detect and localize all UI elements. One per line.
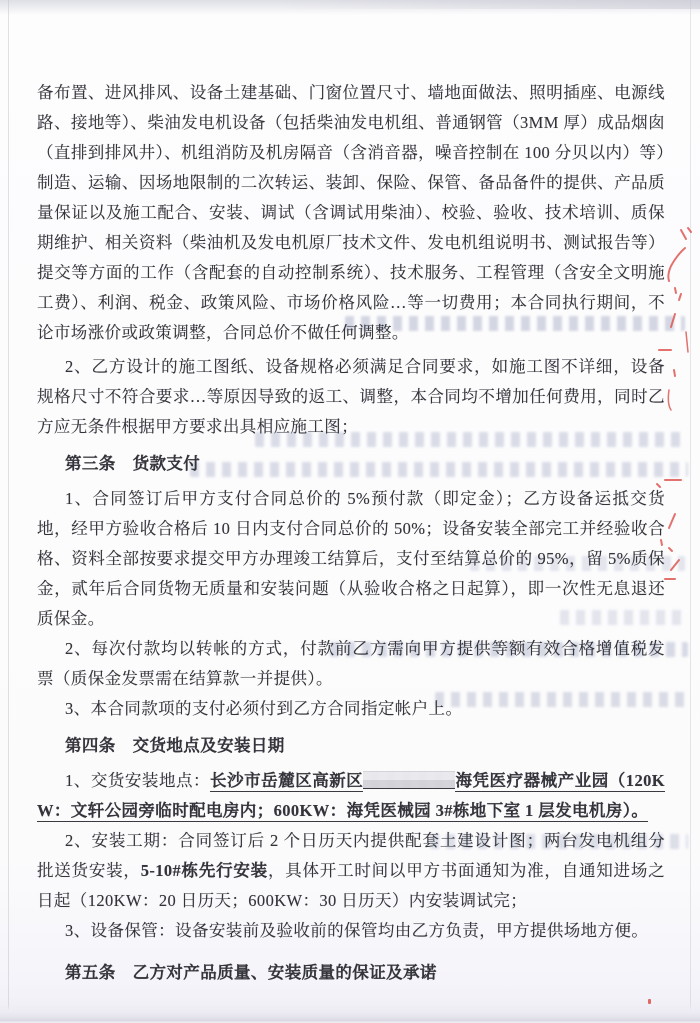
- installation-priority-buildings: 5-10#栋先行安装: [141, 861, 268, 880]
- heading-article-3-payment: 第三条 货款支付: [37, 449, 665, 479]
- contract-body: 备布置、进风排风、设备土建基础、门窗位置尺寸、墙地面做法、照明插座、电源线路、接…: [37, 78, 665, 988]
- scan-top-shadow-right: [0, 0, 700, 9]
- red-annotation-marks: [645, 222, 695, 602]
- paragraph-installation-schedule: 2、安装工期：合同签订后 2 个日历天内提供配套土建设计图；两台发电机组分批送货…: [37, 826, 665, 916]
- heading-article-4-delivery: 第四条 交货地点及安装日期: [37, 731, 665, 761]
- paragraph-payment-terms-2: 2、每次付款均以转帐的方式，付款前乙方需向甲方提供等额有效合格增值税发票（质保金…: [37, 634, 665, 694]
- scan-bottom-edge: [0, 1004, 700, 1023]
- scanned-contract-page: 备布置、进风排风、设备土建基础、门窗位置尺寸、墙地面做法、照明插座、电源线路、接…: [0, 0, 700, 1023]
- paragraph-equipment-storage: 3、设备保管：设备安装前及验收前的保管均由乙方负责，甲方提供场地方便。: [37, 916, 665, 946]
- delivery-location-address-part1: 长沙市岳麓区高新区: [210, 771, 363, 792]
- heading-article-5-quality-guarantee: 第五条 乙方对产品质量、安装质量的保证及承诺: [37, 958, 665, 988]
- paragraph-delivery-location: 1、交货安装地点：长沙市岳麓区高新区海凭医疗器械产业园（120KW：文轩公园旁临…: [37, 766, 665, 826]
- redacted-text-block: [363, 771, 455, 789]
- paragraph-continuation-scope-of-supply: 备布置、进风排风、设备土建基础、门窗位置尺寸、墙地面做法、照明插座、电源线路、接…: [37, 78, 665, 348]
- paragraph-payment-terms-3: 3、本合同款项的支付必须付到乙方合同指定帐户上。: [37, 694, 665, 724]
- paragraph-payment-terms-1: 1、合同签订后甲方支付合同总价的 5%预付款（即定金）；乙方设备运抵交货地，经甲…: [37, 484, 665, 634]
- page-edge-left: [8, 0, 9, 1009]
- paragraph-design-drawings-clause: 2、乙方设计的施工图纸、设备规格必须满足合同要求，如施工图不详细，设备规格尺寸不…: [37, 352, 665, 442]
- delivery-location-label: 1、交货安装地点：: [65, 771, 210, 790]
